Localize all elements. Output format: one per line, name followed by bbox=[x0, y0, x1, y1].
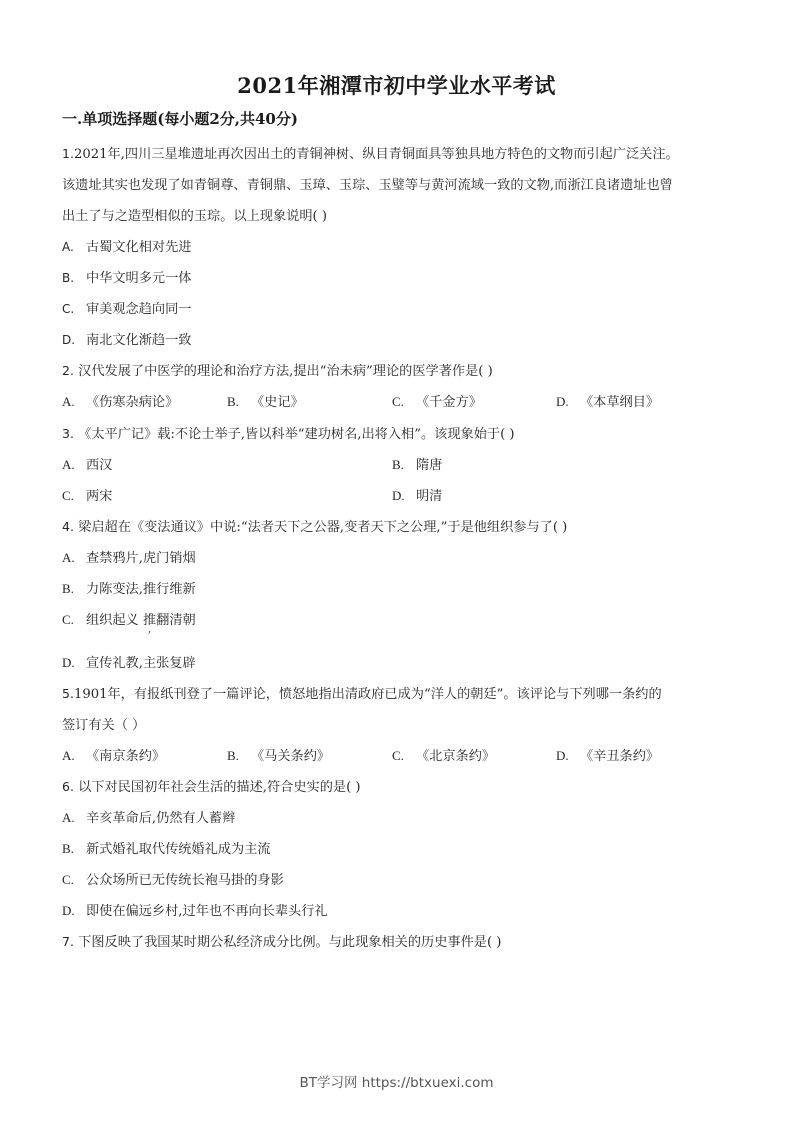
q4-option-a[interactable]: A.查禁鸦片,虎门销烟 bbox=[62, 547, 196, 566]
q5-option-b[interactable]: B.《马关条约》 bbox=[227, 745, 330, 764]
q2-option-d[interactable]: D.《本草纲目》 bbox=[556, 391, 659, 410]
q6-option-a[interactable]: A.辛亥革命后,仍然有人蓄辫 bbox=[62, 807, 235, 826]
q4-option-c[interactable]: C.组织起义 推翻清朝 bbox=[62, 609, 196, 628]
q1-option-c[interactable]: C.审美观念趋向同一 bbox=[62, 298, 192, 317]
question-4-line-1: 4. 梁启超在《变法通议》中说:“法者天下之公器,变者天下之公理,”于是他组织参… bbox=[62, 516, 567, 535]
question-number: 4. bbox=[62, 519, 74, 534]
question-1-line-1: 1.2021年,四川三星堆遗址再次因出土的青铜神树、纵目青铜面具等独具地方特色的… bbox=[62, 143, 679, 162]
q5-option-d[interactable]: D.《辛丑条约》 bbox=[556, 745, 659, 764]
question-5-line-1: 5.1901年，有报纸刊登了一篇评论，愤怒地指出清政府已成为“洋人的朝廷”。该评… bbox=[62, 683, 662, 702]
q2-option-c[interactable]: C.《千金方》 bbox=[392, 391, 482, 410]
question-1-line-2: 该遗址其实也发现了如青铜尊、青铜鼎、玉璋、玉琮、玉璧等与黄河流域一致的文物,而浙… bbox=[62, 174, 673, 193]
question-number: 1. bbox=[62, 146, 74, 161]
question-number: 5. bbox=[62, 686, 74, 701]
q5-option-c[interactable]: C.《北京条约》 bbox=[392, 745, 495, 764]
q5-option-a[interactable]: A.《南京条约》 bbox=[62, 745, 165, 764]
exam-title: 2021年湘潭市初中学业水平考试 bbox=[0, 70, 793, 100]
question-2-line-1: 2. 汉代发展了中医学的理论和治疗方法,提出“治未病”理论的医学著作是( ) bbox=[62, 360, 493, 379]
section-heading: 一.单项选择题(每小题2分,共40分) bbox=[62, 108, 298, 129]
q6-option-c[interactable]: C.公众场所已无传统长袍马掛的身影 bbox=[62, 869, 284, 888]
q6-option-d[interactable]: D.即使在偏远乡村,过年也不再向长辈头行礼 bbox=[62, 900, 328, 919]
question-number: 2. bbox=[62, 363, 74, 378]
exam-page: 2021年湘潭市初中学业水平考试 一.单项选择题(每小题2分,共40分) 1.2… bbox=[0, 0, 793, 1122]
q4-option-b[interactable]: B.力陈变法,推行维新 bbox=[62, 578, 196, 597]
question-number: 7. bbox=[62, 934, 74, 949]
q3-option-a[interactable]: A.西汉 bbox=[62, 454, 112, 473]
question-6-line-1: 6. 以下对民国初年社会生活的描述,符合史实的是( ) bbox=[62, 776, 361, 795]
footer-watermark: BT学习网 https://btxuexi.com bbox=[0, 1071, 793, 1091]
q1-option-d[interactable]: D.南北文化渐趋一致 bbox=[62, 329, 192, 348]
question-3-line-1: 3. 《太平广记》载:不论士举子,皆以科举“建功树名,出将入相”。该现象始于( … bbox=[62, 423, 515, 442]
q2-option-b[interactable]: B.《史记》 bbox=[227, 391, 304, 410]
q3-option-d[interactable]: D.明清 bbox=[392, 485, 442, 504]
q1-option-a[interactable]: A.古蜀文化相对先进 bbox=[62, 236, 192, 255]
q2-option-a[interactable]: A.《伤寒杂病论》 bbox=[62, 391, 178, 410]
q1-option-b[interactable]: B.中华文明多元一体 bbox=[62, 267, 192, 286]
q4-option-d[interactable]: D.宣传礼教,主张复辟 bbox=[62, 652, 196, 671]
question-5-line-2: 签订有关（ ） bbox=[62, 714, 145, 733]
question-number: 3. bbox=[62, 426, 74, 441]
question-7-line-1: 7. 下图反映了我国某时期公私经济成分比例。与此现象相关的历史事件是( ) bbox=[62, 931, 501, 950]
stray-comma-mark: , bbox=[148, 624, 151, 635]
q6-option-b[interactable]: B.新式婚礼取代传统婚礼成为主流 bbox=[62, 838, 271, 857]
q3-option-c[interactable]: C.两宋 bbox=[62, 485, 112, 504]
q3-option-b[interactable]: B.隋唐 bbox=[392, 454, 442, 473]
question-1-line-3: 出土了与之造型相似的玉琮。以上现象说明( ) bbox=[62, 205, 327, 224]
question-number: 6. bbox=[62, 779, 74, 794]
